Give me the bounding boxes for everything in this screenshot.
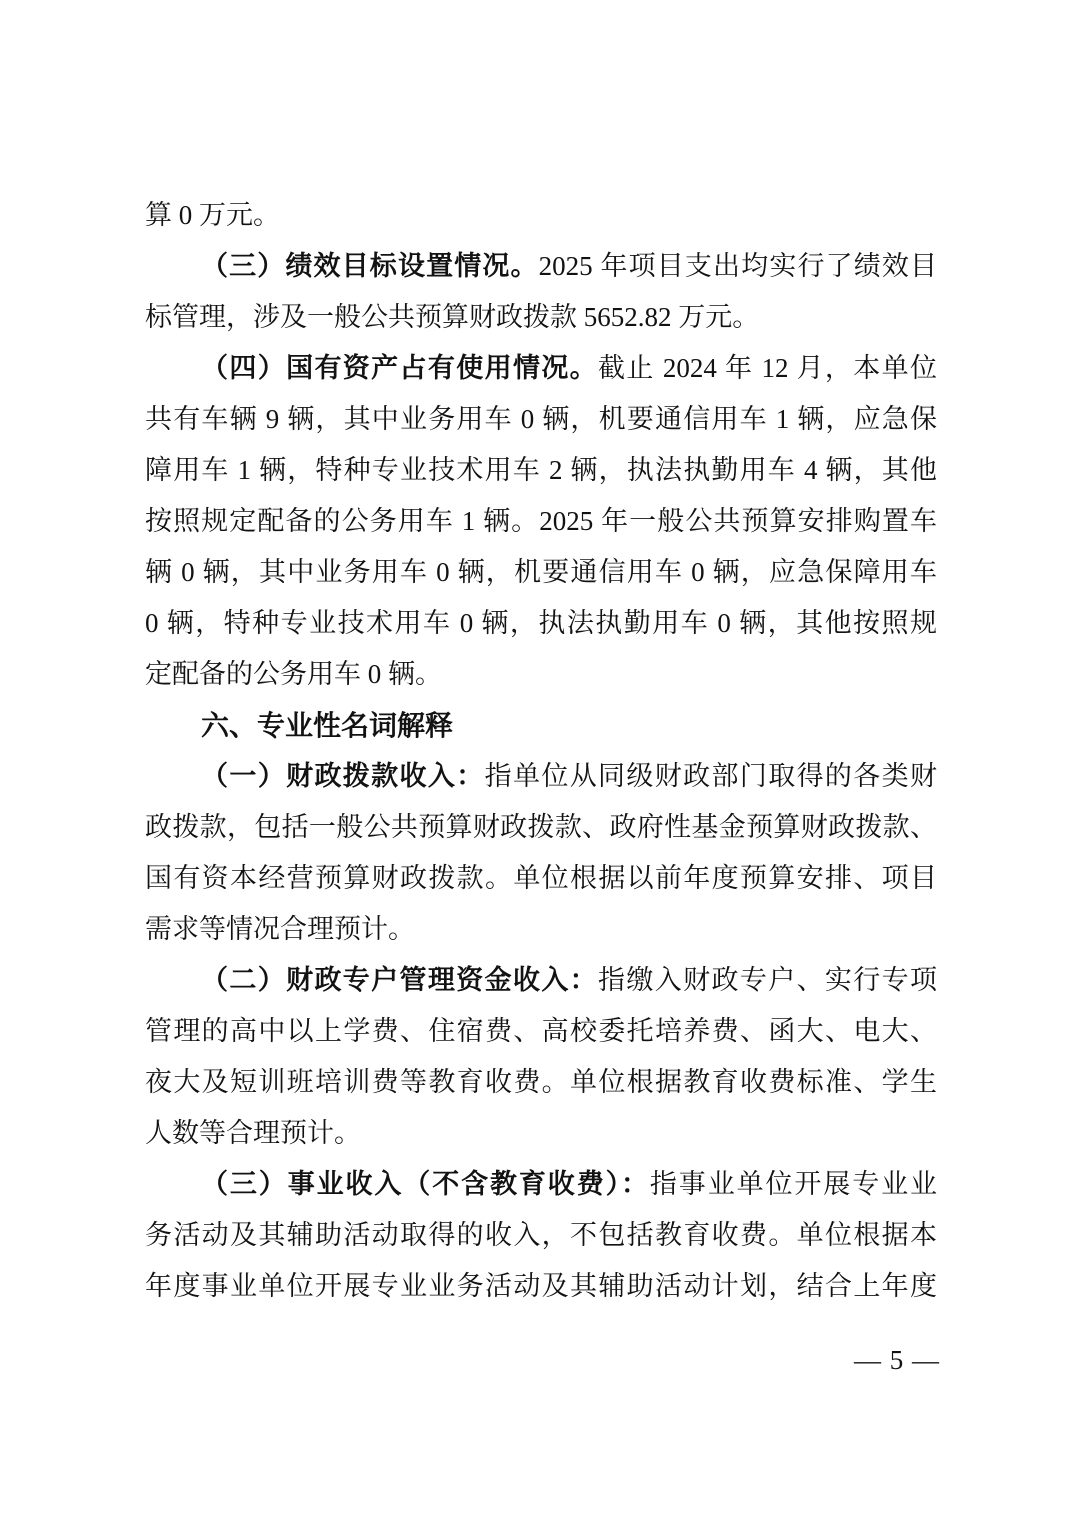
text-run: 指事业单位开展专业业 bbox=[650, 1169, 937, 1199]
text-line: 障用车 1 辆，特种专业技术用车 2 辆，执法执勤用车 4 辆，其他 bbox=[145, 445, 937, 496]
text-run: 务活动及其辅助活动取得的收入，不包括教育收费。单位根据本 bbox=[145, 1220, 937, 1250]
page-number: — 5 — bbox=[854, 1338, 940, 1382]
text-line: 需求等情况合理预计。 bbox=[145, 904, 937, 955]
emphasis-run: （一）财政拨款收入： bbox=[201, 761, 485, 791]
text-line: 标管理，涉及一般公共预算财政拨款 5652.82 万元。 bbox=[145, 292, 937, 343]
emphasis-run: （三）绩效目标设置情况。 bbox=[201, 251, 539, 281]
text-line: 辆 0 辆，其中业务用车 0 辆，机要通信用车 0 辆，应急保障用车 bbox=[145, 547, 937, 598]
section-heading: 六、专业性名词解释 bbox=[145, 700, 937, 751]
text-line: 务活动及其辅助活动取得的收入，不包括教育收费。单位根据本 bbox=[145, 1210, 937, 1261]
emphasis-run: （三）事业收入（不含教育收费）： bbox=[201, 1169, 650, 1199]
text-run: 指缴入财政专户、实行专项 bbox=[598, 965, 937, 995]
text-line: 国有资本经营预算财政拨款。单位根据以前年度预算安排、项目 bbox=[145, 853, 937, 904]
text-line: 年度事业单位开展专业业务活动及其辅助活动计划，结合上年度 bbox=[145, 1261, 937, 1312]
text-run: 年度事业单位开展专业业务活动及其辅助活动计划，结合上年度 bbox=[145, 1271, 937, 1301]
text-line: 算 0 万元。 bbox=[145, 190, 937, 241]
text-line: 0 辆，特种专业技术用车 0 辆，执法执勤用车 0 辆，其他按照规 bbox=[145, 598, 937, 649]
text-line: （一）财政拨款收入：指单位从同级财政部门取得的各类财 bbox=[145, 751, 937, 802]
text-line: 定配备的公务用车 0 辆。 bbox=[145, 649, 937, 700]
emphasis-run: （二）财政专户管理资金收入： bbox=[201, 965, 598, 995]
text-run: 夜大及短训班培训费等教育收费。单位根据教育收费标准、学生 bbox=[145, 1067, 937, 1097]
emphasis-run: 六、专业性名词解释 bbox=[201, 710, 453, 741]
text-line: 管理的高中以上学费、住宿费、高校委托培养费、函大、电大、 bbox=[145, 1006, 937, 1057]
text-line: （四）国有资产占有使用情况。截止 2024 年 12 月，本单位 bbox=[145, 343, 937, 394]
text-line: （三）事业收入（不含教育收费）：指事业单位开展专业业 bbox=[145, 1159, 937, 1210]
text-run: 截止 2024 年 12 月，本单位 bbox=[598, 353, 937, 383]
text-line: 人数等合理预计。 bbox=[145, 1108, 937, 1159]
emphasis-run: （四）国有资产占有使用情况。 bbox=[201, 353, 598, 383]
text-run: 标管理，涉及一般公共预算财政拨款 5652.82 万元。 bbox=[145, 302, 759, 332]
text-run: 辆 0 辆，其中业务用车 0 辆，机要通信用车 0 辆，应急保障用车 bbox=[145, 557, 937, 587]
text-run: 障用车 1 辆，特种专业技术用车 2 辆，执法执勤用车 4 辆，其他 bbox=[145, 455, 937, 485]
text-run: 需求等情况合理预计。 bbox=[145, 914, 415, 944]
text-line: 夜大及短训班培训费等教育收费。单位根据教育收费标准、学生 bbox=[145, 1057, 937, 1108]
text-run: 按照规定配备的公务用车 1 辆。2025 年一般公共预算安排购置车 bbox=[145, 506, 937, 536]
text-run: 定配备的公务用车 0 辆。 bbox=[145, 659, 442, 689]
text-run: 2025 年项目支出均实行了绩效目 bbox=[539, 251, 937, 281]
text-run: 国有资本经营预算财政拨款。单位根据以前年度预算安排、项目 bbox=[145, 863, 937, 893]
text-run: 政拨款，包括一般公共预算财政拨款、政府性基金预算财政拨款、 bbox=[145, 812, 937, 842]
text-run: 管理的高中以上学费、住宿费、高校委托培养费、函大、电大、 bbox=[145, 1016, 937, 1046]
text-run: 算 0 万元。 bbox=[145, 200, 280, 230]
text-line: （三）绩效目标设置情况。2025 年项目支出均实行了绩效目 bbox=[145, 241, 937, 292]
text-run: 0 辆，特种专业技术用车 0 辆，执法执勤用车 0 辆，其他按照规 bbox=[145, 608, 937, 638]
text-line: 按照规定配备的公务用车 1 辆。2025 年一般公共预算安排购置车 bbox=[145, 496, 937, 547]
document-page: 算 0 万元。（三）绩效目标设置情况。2025 年项目支出均实行了绩效目标管理，… bbox=[0, 0, 1074, 1520]
text-line: 共有车辆 9 辆，其中业务用车 0 辆，机要通信用车 1 辆，应急保 bbox=[145, 394, 937, 445]
document-body: 算 0 万元。（三）绩效目标设置情况。2025 年项目支出均实行了绩效目标管理，… bbox=[145, 190, 937, 1312]
text-run: 共有车辆 9 辆，其中业务用车 0 辆，机要通信用车 1 辆，应急保 bbox=[145, 404, 937, 434]
text-run: 人数等合理预计。 bbox=[145, 1118, 361, 1148]
text-line: 政拨款，包括一般公共预算财政拨款、政府性基金预算财政拨款、 bbox=[145, 802, 937, 853]
text-line: （二）财政专户管理资金收入：指缴入财政专户、实行专项 bbox=[145, 955, 937, 1006]
text-run: 指单位从同级财政部门取得的各类财 bbox=[485, 761, 937, 791]
